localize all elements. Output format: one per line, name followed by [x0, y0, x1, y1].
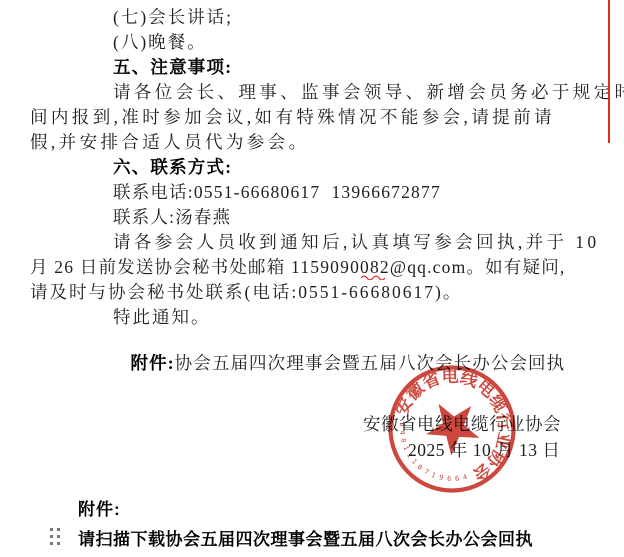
svg-text:1: 1 [430, 471, 437, 480]
line-agenda-8: (八)晚餐。 [113, 32, 207, 53]
line-contact-person: 联系人:汤春燕 [113, 207, 231, 228]
spellcheck-underline [361, 274, 385, 280]
para-reply-line-2: 月 26 日前发送协会秘书处邮箱 1159090082@qq.com。如有疑问, [30, 257, 565, 278]
line-attachment-ref: 附件:协会五届四次理事会暨五届八次会长办公会回执 [113, 332, 565, 395]
para-notes-line-1: 请各位会长、理事、监事会领导、新增会员务必于规定时 [113, 82, 624, 103]
svg-text:0: 0 [416, 463, 424, 472]
para-reply-line-1: 请各参会人员收到通知后,认真填写参会回执,并于 10 [113, 232, 600, 253]
heading-contact: 六、联系方式: [113, 157, 232, 178]
signature-org: 安徽省电线电缆行业协会 [363, 411, 561, 436]
svg-text:0: 0 [399, 438, 408, 444]
line-notice: 特此通知。 [113, 307, 211, 328]
heading-notes: 五、注意事项: [113, 57, 232, 78]
svg-text:7: 7 [423, 467, 431, 476]
svg-text:6: 6 [447, 475, 452, 483]
svg-text:4: 4 [462, 473, 468, 482]
attachment-ref-label: 附件: [131, 353, 175, 373]
line-phone: 联系电话:0551-66680617 13966672877 [113, 182, 441, 203]
attachment-scan-link[interactable]: 请扫描下载协会五届四次理事会暨五届八次会长办公会回执 [78, 525, 533, 550]
attachment-ref-text: 协会五届四次理事会暨五届八次会长办公会回执 [175, 353, 566, 373]
drag-handle-icon[interactable] [50, 528, 61, 546]
para-notes-line-2: 间内报到,准时参加会议,如有特殊情况不能参会,请提前请 [30, 107, 555, 128]
para-notes-line-3: 假,并安排合适人员代为参会。 [30, 132, 309, 153]
svg-text:9: 9 [438, 473, 444, 482]
svg-text:会: 会 [470, 459, 495, 485]
document-page: (七)会长讲话; (八)晚餐。 五、注意事项: 请各位会长、理事、监事会领导、新… [0, 0, 624, 557]
attachment-heading: 附件: [78, 495, 121, 520]
svg-text:6: 6 [455, 475, 460, 483]
signature-date: 2025 年 10 月 13 日 [408, 437, 560, 462]
para-reply-line-3: 请及时与协会秘书处联系(电话:0551-66680617)。 [30, 282, 462, 303]
line-agenda-7: (七)会长讲话; [113, 7, 233, 28]
revision-bar [608, 0, 610, 143]
